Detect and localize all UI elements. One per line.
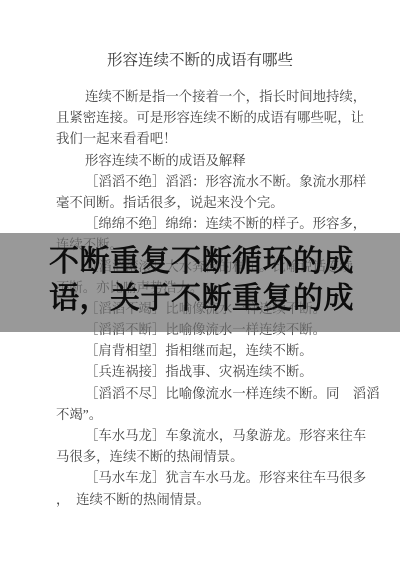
idiom-entry-line: ［绵绵不绝］绵绵：连续不断的样子。形容多， (56, 213, 356, 234)
idiom-entry-line: ［兵连祸接］指战事、灾祸连续不断。 (56, 361, 356, 382)
idiom-entry-line: ［车水马龙］车象流水，马象游龙。形容来往车 (56, 425, 356, 446)
section-heading-line: 形容连续不断的成语及解释 (56, 150, 356, 171)
idiom-entry-line: 毫不间断。指话很多，说起来没个完。 (56, 192, 356, 213)
text-line: 且紧密连接。可是形容连续不断的成语有哪些呢，让 (56, 107, 356, 128)
text-line: 连续不断是指一个接着一个，指长时间地持续， (56, 86, 356, 107)
overlay-banner[interactable]: 不断重复不断循环的成 语，关于不断重复的成 (0, 233, 400, 332)
overlay-title-line: 不断重复不断循环的成 (49, 243, 400, 280)
idiom-entry-line: ［马水车龙］犹言车水马龙。形容来往车马很多 (56, 467, 356, 488)
idiom-entry-line: 不竭”。 (56, 404, 356, 425)
idiom-entry-line: ［滔滔不绝］滔滔：形容流水不断。象流水那样 (56, 171, 356, 192)
overlay-title-line: 语，关于不断重复的成 (49, 280, 400, 317)
idiom-entry-line: ［滔滔不尽］比喻像流水一样连续不断。同 滔滔 (56, 383, 356, 404)
page-title: 形容连续不断的成语有哪些 (0, 51, 400, 71)
text-line: 我们一起来看看吧！ (56, 128, 356, 149)
idiom-entry-line: ， 连续不断的热闹情景。 (56, 489, 356, 510)
article-page: 形容连续不断的成语有哪些 连续不断是指一个接着一个，指长时间地持续， 且紧密连接… (0, 0, 400, 566)
idiom-entry-line: ［肩背相望］指相继而起，连续不断。 (56, 340, 356, 361)
idiom-entry-line: 马很多，连续不断的热闹情景。 (56, 446, 356, 467)
